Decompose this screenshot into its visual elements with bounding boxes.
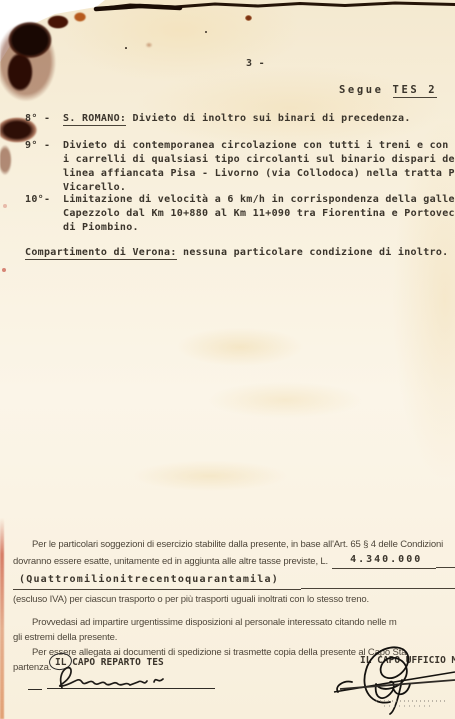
list-item-10: 10°- Limitazione di velocità a 6 km/h in… <box>25 193 455 235</box>
item-10-marker: 10°- <box>25 193 50 207</box>
ink-spot <box>245 15 252 21</box>
pink-spot <box>2 268 6 272</box>
item-8-body: Divieto di inoltro sui binari di precede… <box>126 113 410 124</box>
fill-in-line <box>436 566 455 568</box>
left-handwritten-signature <box>48 660 218 696</box>
left-signature-line-dash <box>28 689 42 690</box>
amount-words-field: (Quattromilionitrecentoquarantamila) <box>13 572 301 590</box>
left-edge-stain <box>0 518 4 719</box>
fill-in-line <box>301 587 455 589</box>
continuation-reference: Segue TES 2 <box>339 84 437 96</box>
pink-spot <box>3 204 7 208</box>
form-line-2: dovranno essere esatte, unitamente ed in… <box>13 552 455 569</box>
item-10-line: Limitazione di velocità a 6 km/h in corr… <box>63 193 455 207</box>
page-number: 3 - <box>246 58 265 69</box>
item-9-line: Divieto di contemporanea circolazione co… <box>63 139 455 153</box>
item-9-marker: 9° - <box>25 139 50 153</box>
compartimento-label: Compartimento di Verona: <box>25 247 177 260</box>
list-item-9: 9° - Divieto di contemporanea circolazio… <box>25 139 455 195</box>
item-10-line: di Piombino. <box>63 221 455 235</box>
item-8-text: S. ROMANO: Divieto di inoltro sui binari… <box>63 112 411 126</box>
form-line-4: (escluso IVA) per ciascun trasporto o pe… <box>13 592 455 607</box>
scanned-document-page: 3 - Segue TES 2 8° - S. ROMANO: Divieto … <box>0 0 455 719</box>
station-name: S. ROMANO: <box>63 113 126 126</box>
fine-print-stamp <box>376 699 448 709</box>
item-9-line: i carrelli di qualsiasi tipo circolanti … <box>63 153 455 167</box>
compartimento-line: Compartimento di Verona: nessuna partico… <box>25 247 449 258</box>
form-line-2-text: dovranno essere esatte, unitamente ed in… <box>13 554 328 569</box>
compartimento-text: nessuna particolare condizione di inoltr… <box>177 247 449 258</box>
paragraph-gap <box>13 607 455 615</box>
form-line-1: Per le particolari soggezioni di eserciz… <box>13 537 455 552</box>
form-line-3: (Quattromilionitrecentoquarantamila) <box>13 572 455 590</box>
continuation-ref: TES 2 <box>393 84 438 98</box>
item-8-marker: 8° - <box>25 112 50 126</box>
form-para2-line-1: Provvedasi ad impartire urgentissime dis… <box>13 615 455 630</box>
item-9-line: linea affiancata Pisa - Livorno (via Col… <box>63 167 455 181</box>
speck <box>125 47 127 49</box>
amount-numeric-field: 4.340.000 <box>332 552 436 569</box>
page-top-edge <box>0 0 455 14</box>
continuation-prefix: Segue <box>339 84 393 96</box>
list-item-8: 8° - S. ROMANO: Divieto di inoltro sui b… <box>25 112 411 126</box>
item-10-line: Capezzolo dal Km 10+880 al Km 11+090 tra… <box>63 207 455 221</box>
speck <box>205 31 207 33</box>
